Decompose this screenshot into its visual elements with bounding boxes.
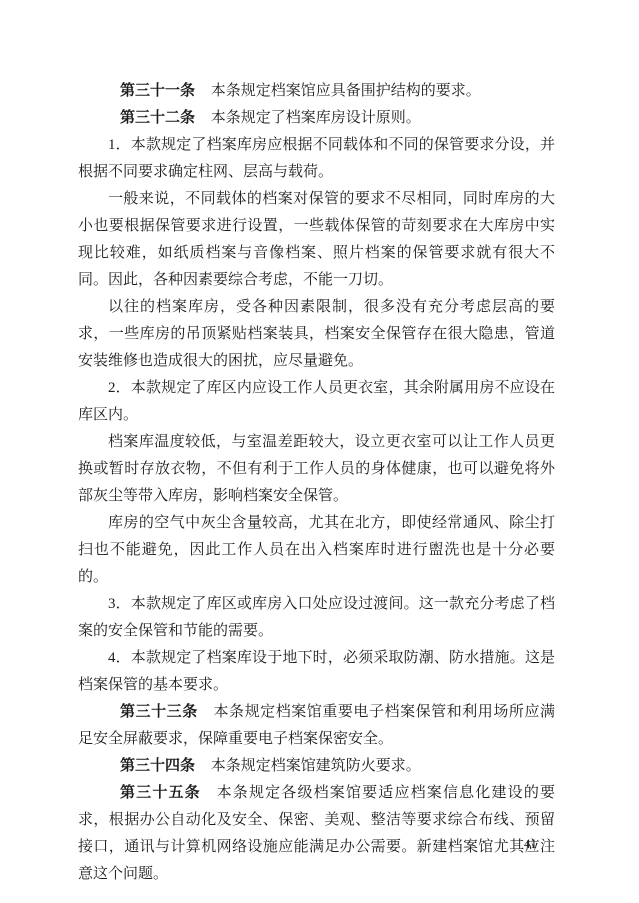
- paragraph: 一般来说，不同载体的档案对保管的要求不尽相同，同时库房的大小也要根据保管要求进行…: [78, 186, 555, 294]
- paragraph-text: 本条规定档案馆建筑防火要求。: [211, 758, 421, 774]
- paragraph: 第三十三条本条规定档案馆重要电子档案保管和利用场所应满足安全屏蔽要求，保障重要电…: [78, 699, 555, 753]
- paragraph-text: 以往的档案库房，受各种因素限制，很多没有充分考虑层高的要求，一些库房的吊顶紧贴档…: [78, 299, 555, 369]
- paragraph: 以往的档案库房，受各种因素限制，很多没有充分考虑层高的要求，一些库房的吊顶紧贴档…: [78, 294, 555, 375]
- paragraph: 第三十二条本条规定了档案库房设计原则。: [78, 105, 555, 132]
- article-number-label: 第三十四条: [120, 758, 195, 774]
- article-number-label: 第三十一条: [120, 83, 195, 99]
- paragraph-text: 3．本款规定了库区或库房入口处应设过渡间。这一款充分考虑了档案的安全保管和节能的…: [78, 596, 555, 639]
- paragraph: 4．本款规定了档案库设于地下时，必须采取防潮、防水措施。这是档案保管的基本要求。: [78, 645, 555, 699]
- paragraph-text: 本条规定了档案库房设计原则。: [211, 110, 421, 126]
- paragraph: 第三十一条本条规定档案馆应具备围护结构的要求。: [78, 78, 555, 105]
- paragraph-text: 本条规定档案馆应具备围护结构的要求。: [211, 83, 481, 99]
- document-page: { "page": { "number": "41", "background_…: [0, 0, 639, 903]
- paragraph: 2．本款规定了库区内应设工作人员更衣室，其余附属用房不应设在库区内。: [78, 375, 555, 429]
- paragraph-text: 库房的空气中灰尘含量较高，尤其在北方，即使经常通风、除尘打扫也不能避免，因此工作…: [78, 515, 555, 585]
- paragraph: 第三十五条本条规定各级档案馆要适应档案信息化建设的要求，根据办公自动化及安全、保…: [78, 780, 555, 888]
- paragraph-text: 1．本款规定了档案库房应根据不同载体和不同的保管要求分设，并根据不同要求确定柱网…: [78, 137, 555, 180]
- paragraph-text: 2．本款规定了库区内应设工作人员更衣室，其余附属用房不应设在库区内。: [78, 380, 555, 423]
- paragraph-text: 一般来说，不同载体的档案对保管的要求不尽相同，同时库房的大小也要根据保管要求进行…: [78, 191, 555, 288]
- article-number-label: 第三十二条: [120, 110, 195, 126]
- paragraph: 第三十四条本条规定档案馆建筑防火要求。: [78, 753, 555, 780]
- document-content: 第三十一条本条规定档案馆应具备围护结构的要求。 第三十二条本条规定了档案库房设计…: [78, 78, 555, 888]
- article-number-label: 第三十三条: [120, 704, 198, 720]
- paragraph-text: 档案库温度较低，与室温差距较大，设立更衣室可以让工作人员更换或暂时存放衣物，不但…: [78, 434, 555, 504]
- paragraph-text: 4．本款规定了档案库设于地下时，必须采取防潮、防水措施。这是档案保管的基本要求。: [78, 650, 555, 693]
- paragraph: 库房的空气中灰尘含量较高，尤其在北方，即使经常通风、除尘打扫也不能避免，因此工作…: [78, 510, 555, 591]
- article-number-label: 第三十五条: [120, 785, 201, 801]
- page-number: 41: [524, 836, 537, 852]
- paragraph: 3．本款规定了库区或库房入口处应设过渡间。这一款充分考虑了档案的安全保管和节能的…: [78, 591, 555, 645]
- paragraph: 档案库温度较低，与室温差距较大，设立更衣室可以让工作人员更换或暂时存放衣物，不但…: [78, 429, 555, 510]
- paragraph: 1．本款规定了档案库房应根据不同载体和不同的保管要求分设，并根据不同要求确定柱网…: [78, 132, 555, 186]
